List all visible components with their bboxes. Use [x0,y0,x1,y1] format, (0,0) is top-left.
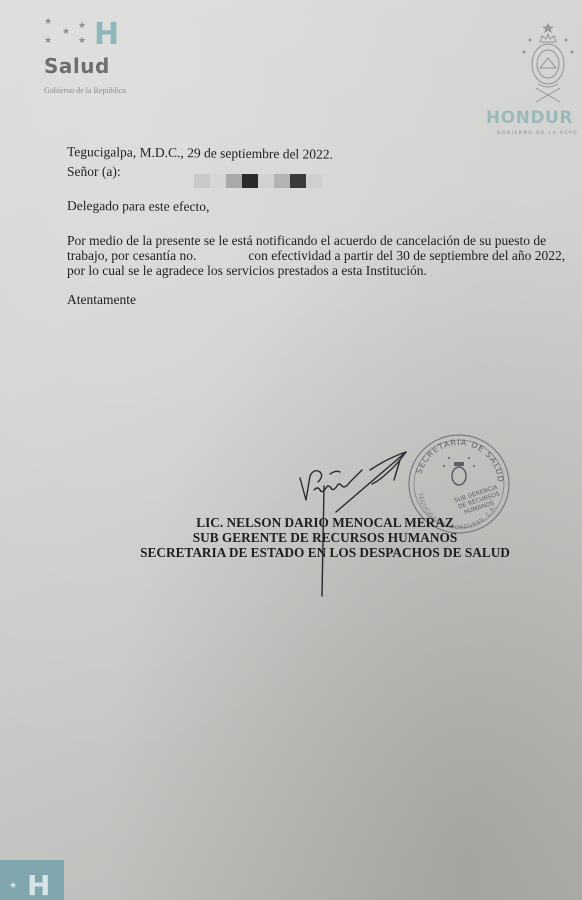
honduras-logo-subtitle: GOBIERNO DE LA REPÚ [497,131,578,136]
salud-wordmark: Salud [44,54,110,78]
honduras-wordmark: HONDUR [486,108,573,128]
recipient-name-redacted [194,174,322,188]
salutation-label: Señor (a): [67,164,121,180]
star-icon: ★ [9,880,17,891]
honduras-coat-of-arms-icon [518,22,582,112]
effective-date-text: con efectividad a partir del 30 de septi… [248,248,565,263]
cesantia-label: trabajo, por cesantía no. [67,248,196,263]
closing: Atentamente [67,292,136,308]
salud-logo-subtitle: Gobierno de la República [44,86,126,95]
paragraph-line-1: Por medio de la presente se le está noti… [67,234,569,249]
h-logo-mark: H [94,20,119,50]
paragraph-line-2: trabajo, por cesantía no.con efectividad… [67,249,569,264]
corner-logo-mark: ★ H [0,860,64,900]
date-line: Tegucigalpa, M.D.C., 29 de septiembre de… [67,144,333,162]
corner-h-mark: H [27,872,50,900]
notification-paragraph: Por medio de la presente se le está noti… [67,234,569,279]
salud-logo: ★ ★ ★ ★ ★ H Salud Gobierno de la Repúbli… [42,16,172,106]
stars-icon: ★ ★ ★ ★ ★ [44,16,94,46]
delegate-line: Delegado para este efecto, [67,198,210,215]
paragraph-line-3: por lo cual se le agradece los servicios… [67,264,569,279]
handwritten-signature [290,430,440,600]
